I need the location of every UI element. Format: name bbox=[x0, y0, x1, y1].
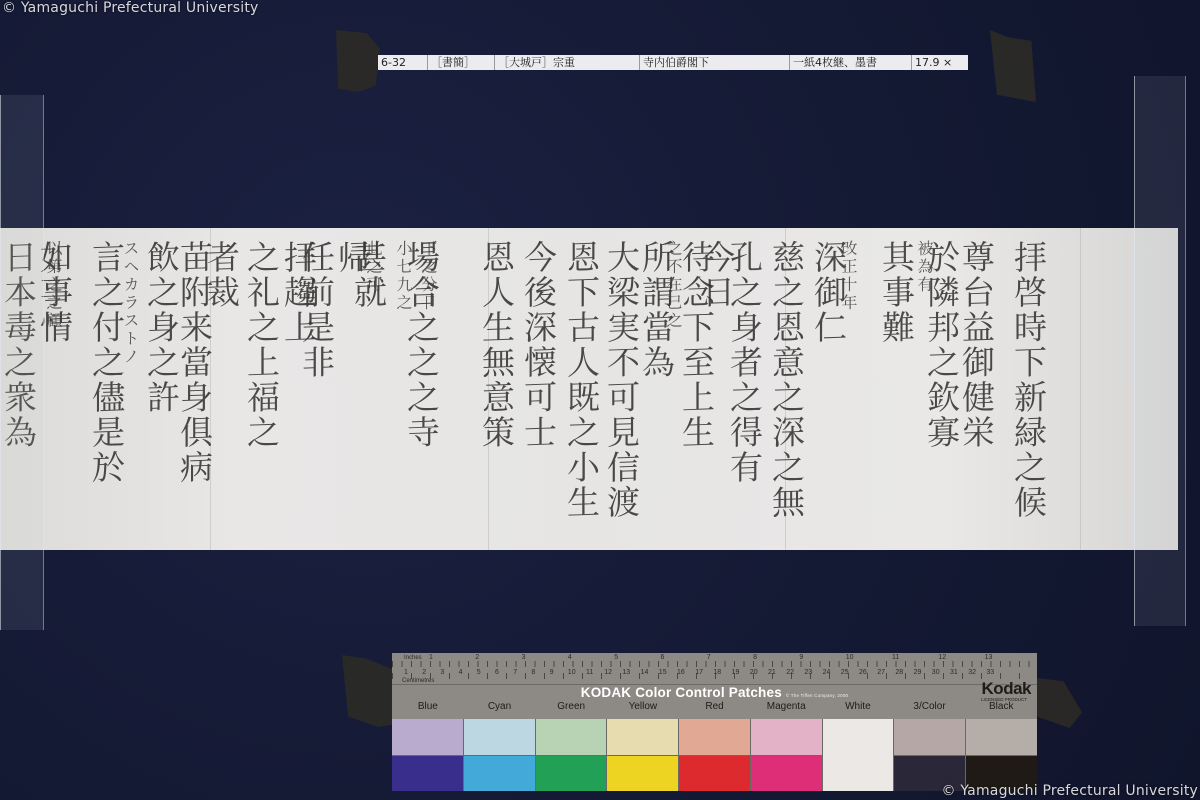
inch-number: 13 bbox=[985, 654, 993, 661]
cm-number: 22 bbox=[786, 669, 794, 676]
inch-number: 3 bbox=[522, 654, 526, 661]
calligraphy-column: 大梁実不可見信渡 bbox=[605, 239, 638, 520]
cm-number: 24 bbox=[823, 669, 831, 676]
cm-number: 8 bbox=[531, 669, 535, 676]
cm-number: 21 bbox=[768, 669, 776, 676]
patch-column-green bbox=[536, 719, 608, 791]
cm-number: 13 bbox=[622, 669, 630, 676]
calligraphy-column: 拝啓時下新緑之候 bbox=[1012, 239, 1045, 520]
patch-column-white bbox=[823, 719, 895, 791]
patch-column-3color bbox=[894, 719, 966, 791]
patch-column-black bbox=[966, 719, 1037, 791]
cm-number: 17 bbox=[695, 669, 703, 676]
patch-label-blue: Blue bbox=[392, 701, 464, 712]
kodak-logo: Kodak bbox=[982, 679, 1031, 699]
inch-number: 6 bbox=[661, 654, 665, 661]
inch-number: 1 bbox=[429, 654, 433, 661]
measurement-ruler: Inches Centimetres 12345678910111213 123… bbox=[392, 653, 1037, 685]
patch-light bbox=[679, 719, 750, 756]
calligraphy-column: 所謂當為 bbox=[640, 239, 673, 380]
inch-number: 12 bbox=[938, 654, 946, 661]
label-dimensions: 17.9 × bbox=[912, 55, 968, 70]
cm-number: 2 bbox=[422, 669, 426, 676]
inch-number: 9 bbox=[799, 654, 803, 661]
kodak-title-text: KODAK Color Control Patches bbox=[581, 685, 782, 700]
patch-label-magenta: Magenta bbox=[750, 701, 822, 712]
label-catalog-number: 6-32 bbox=[378, 55, 428, 70]
cm-number: 1 bbox=[404, 669, 408, 676]
inches-label: Inches bbox=[404, 655, 422, 661]
patch-light bbox=[751, 719, 822, 756]
glass-rod-left bbox=[0, 95, 44, 630]
calligraphy-column: 待念下至上生 bbox=[680, 239, 713, 450]
calligraphy-column: 於隣邦之欽寡 bbox=[925, 239, 958, 450]
patch-light bbox=[966, 719, 1037, 756]
cm-number: 11 bbox=[586, 669, 593, 676]
kodak-color-control-card: Inches Centimetres 12345678910111213 123… bbox=[392, 653, 1037, 791]
inch-ticks bbox=[392, 661, 1037, 667]
patch-column-magenta bbox=[751, 719, 823, 791]
calligraphy-column: 恩下古人既之小生 bbox=[565, 239, 598, 520]
patch-light bbox=[894, 719, 965, 756]
cm-number: 4 bbox=[459, 669, 463, 676]
patch-dark bbox=[536, 756, 607, 792]
calligraphy-column: 之礼之上福之 bbox=[245, 239, 278, 450]
cm-number: 33 bbox=[986, 669, 994, 676]
patch-light bbox=[464, 719, 535, 756]
inch-number: 2 bbox=[475, 654, 479, 661]
patch-dark bbox=[607, 756, 678, 792]
patch-label-cyan: Cyan bbox=[464, 701, 536, 712]
inch-number: 11 bbox=[892, 654, 899, 661]
cm-number: 18 bbox=[713, 669, 721, 676]
patch-column-cyan bbox=[464, 719, 536, 791]
tape-top-right bbox=[990, 30, 1036, 102]
cm-number: 30 bbox=[932, 669, 940, 676]
cm-number: 32 bbox=[968, 669, 976, 676]
patch-column-red bbox=[679, 719, 751, 791]
cm-number: 25 bbox=[841, 669, 849, 676]
paper-fold bbox=[1080, 228, 1081, 550]
cm-number: 14 bbox=[641, 669, 649, 676]
cm-number: 20 bbox=[750, 669, 758, 676]
tape-top-left bbox=[336, 30, 380, 92]
copyright-watermark-top: © Yamaguchi Prefectural University bbox=[2, 0, 259, 16]
patch-column-yellow bbox=[607, 719, 679, 791]
inch-number: 7 bbox=[707, 654, 711, 661]
cm-number: 19 bbox=[732, 669, 740, 676]
inch-number: 4 bbox=[568, 654, 572, 661]
patch-light bbox=[392, 719, 463, 756]
color-patches bbox=[392, 719, 1037, 791]
cm-number: 10 bbox=[568, 669, 576, 676]
calligraphy-column: 苗附来當身俱病 bbox=[178, 239, 211, 485]
calligraphy-column: 其事難 bbox=[880, 239, 913, 345]
glass-rod-right bbox=[1134, 76, 1186, 626]
patch-dark bbox=[392, 756, 463, 792]
cm-number: 12 bbox=[604, 669, 612, 676]
calligraphy-column: 拝趨上 bbox=[282, 239, 315, 345]
cm-number: 7 bbox=[513, 669, 517, 676]
calligraphy-column: 小七九之 bbox=[395, 240, 411, 313]
cm-number: 28 bbox=[895, 669, 903, 676]
cm-number: 23 bbox=[804, 669, 812, 676]
patch-label-black: Black bbox=[965, 701, 1037, 712]
calligraphy-column: 飲之身之許 bbox=[145, 239, 178, 415]
patch-label-green: Green bbox=[535, 701, 607, 712]
patch-light bbox=[823, 719, 894, 755]
label-format: 一紙4枚継、墨書 bbox=[790, 55, 912, 70]
calligraphy-column: 恩人生無意策 bbox=[480, 239, 513, 450]
inch-number: 8 bbox=[753, 654, 757, 661]
patch-dark bbox=[679, 756, 750, 792]
patch-dark bbox=[823, 755, 894, 791]
calligraphy-column: 今後深懐可士 bbox=[522, 239, 555, 450]
tiffen-copyright: © The Tiffen Company, 2000 bbox=[786, 693, 848, 698]
cm-number: 31 bbox=[950, 669, 958, 676]
cm-number: 27 bbox=[877, 669, 885, 676]
patch-dark bbox=[751, 756, 822, 792]
catalog-label: 6-32 ［書簡］ ［大城戸］宗重 寺内伯爵閣下 一紙4枚継、墨書 17.9 × bbox=[378, 55, 968, 70]
calligraphy-column: 帰 bbox=[336, 239, 369, 275]
cm-number: 16 bbox=[677, 669, 685, 676]
inch-number: 5 bbox=[614, 654, 618, 661]
patch-label-white: White bbox=[822, 701, 894, 712]
cm-number: 26 bbox=[859, 669, 867, 676]
cm-number: 9 bbox=[550, 669, 554, 676]
calligraphy-column: 尊台益御健栄 bbox=[960, 239, 993, 450]
label-document-type: ［書簡］ bbox=[428, 55, 495, 70]
centimetres-label: Centimetres bbox=[402, 678, 434, 684]
cm-number: 3 bbox=[440, 669, 444, 676]
cm-number: 5 bbox=[477, 669, 481, 676]
patch-light bbox=[536, 719, 607, 756]
calligraphy-column: 深御仁 bbox=[812, 239, 845, 345]
patch-column-blue bbox=[392, 719, 464, 791]
cm-number: 29 bbox=[914, 669, 922, 676]
patch-labels: Blue Cyan Green Yellow Red Magenta White… bbox=[392, 701, 1037, 712]
patch-label-yellow: Yellow bbox=[607, 701, 679, 712]
patch-dark bbox=[464, 756, 535, 792]
inch-number: 10 bbox=[846, 654, 854, 661]
cm-number: 15 bbox=[659, 669, 667, 676]
patch-label-3color: 3/Color bbox=[894, 701, 966, 712]
label-sender: ［大城戸］宗重 bbox=[495, 55, 640, 70]
calligraphy-scroll: 拝啓時下新緑之候尊台益御健栄被為有於隣邦之欽寡其事難改正十年深御仁慈之恩意之深之… bbox=[0, 228, 1178, 550]
copyright-watermark-bottom: © Yamaguchi Prefectural University bbox=[942, 783, 1199, 799]
label-recipient: 寺内伯爵閣下 bbox=[640, 55, 790, 70]
cm-number: 6 bbox=[495, 669, 499, 676]
kodak-title: KODAK Color Control Patches© The Tiffen … bbox=[392, 685, 1037, 700]
calligraphy-column: 慈之恩意之深之無 bbox=[770, 239, 803, 520]
patch-label-red: Red bbox=[679, 701, 751, 712]
calligraphy-column: 言之付之儘是於 bbox=[90, 239, 123, 485]
patch-light bbox=[607, 719, 678, 756]
